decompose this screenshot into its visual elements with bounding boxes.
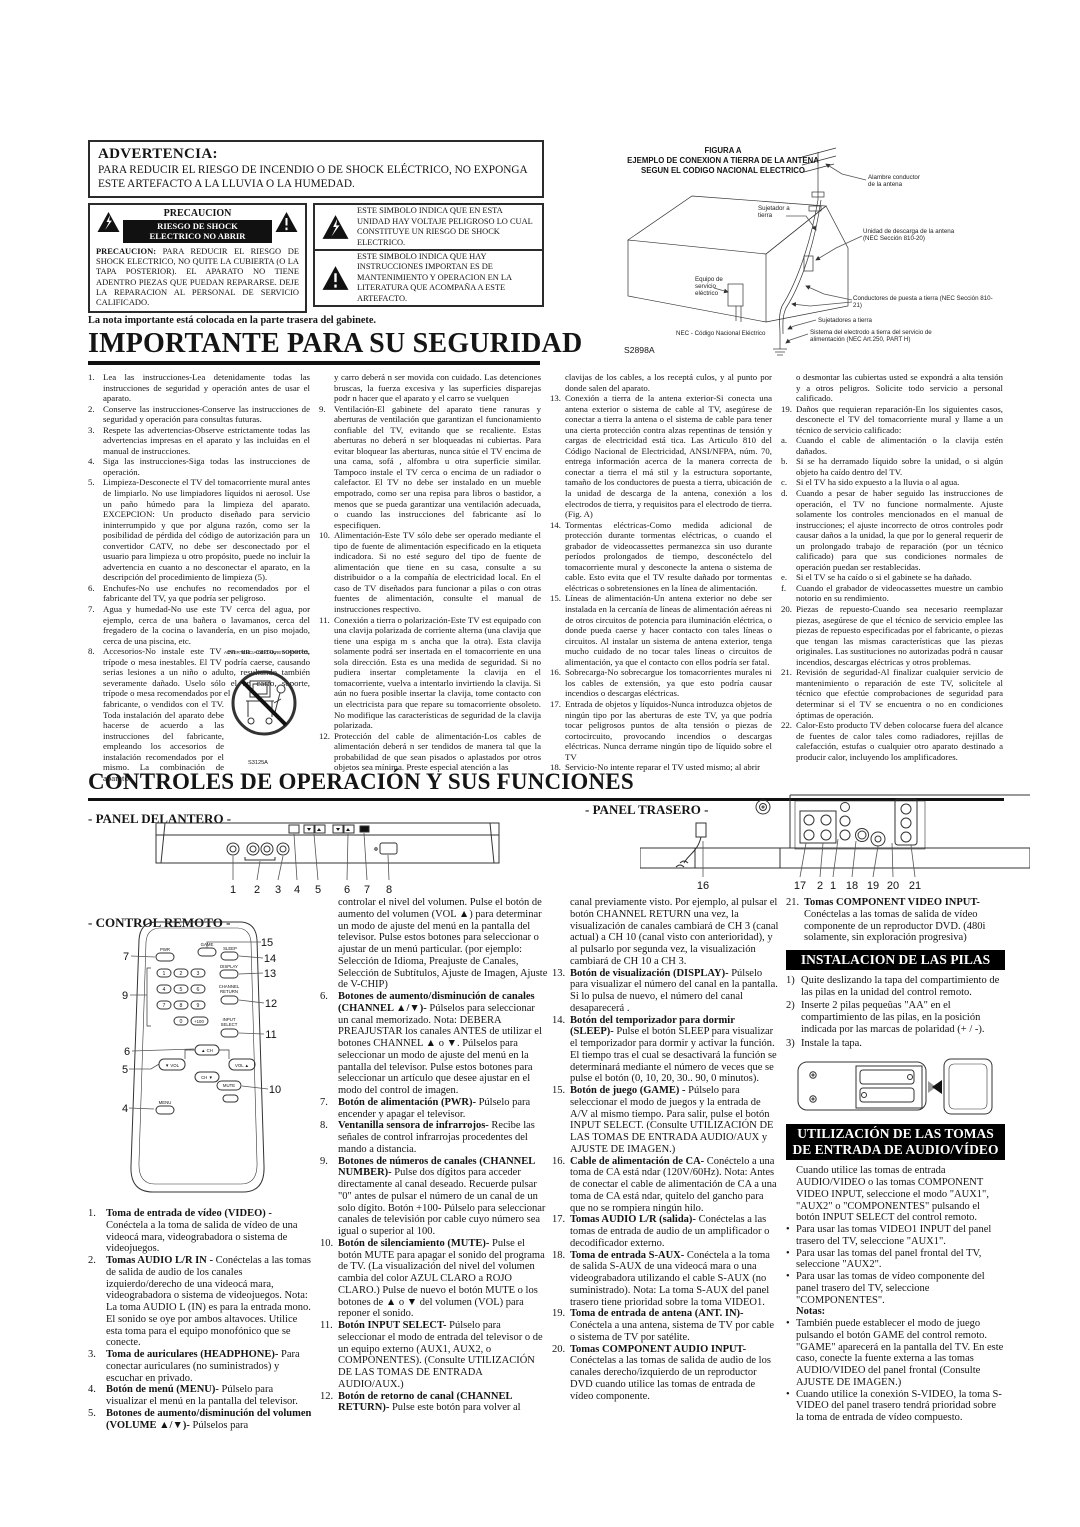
aux-paragraph: •También puede establecer el modo de jue…	[786, 1318, 1005, 1389]
exclamation-triangle-icon	[321, 265, 350, 291]
remote-callout-12: 12	[265, 998, 277, 1010]
control-item: 8.Ventanilla sensora de infrarrojos- Rec…	[320, 1120, 548, 1155]
control-item: 13.Botón de visualización (DISPLAY)- Púl…	[552, 968, 780, 1015]
front-panel-drawing	[156, 823, 499, 863]
control-item: 10.Botón de silenciamiento (MUTE)- Pulse…	[320, 1238, 548, 1320]
safety-item: 13.Conexión a tierra de la antena exteri…	[550, 393, 772, 520]
control-item: 5.Botones de aumento/disminución del vol…	[88, 1408, 314, 1432]
channel-return-label2: RETURN	[220, 989, 238, 994]
rear-callout-19: 19	[867, 880, 879, 892]
safety-item: 7.Agua y humedad-No use este TV cerca de…	[88, 604, 310, 646]
aux-usage-paragraphs: Cuando utilice las tomas de entrada AUDI…	[786, 1165, 1005, 1424]
safety-column-2: y carro deberá n ser movida con cuidado.…	[319, 372, 541, 783]
figure-title: FIGURA A EJEMPLO DE CONEXION A TIERRA DE…	[618, 146, 828, 176]
sleep-button-label: SLEEP	[223, 946, 237, 951]
aux-paragraph: Cuando utilice las tomas de entrada AUDI…	[786, 1165, 1005, 1224]
volume-down-button: ▼ VOL	[165, 1063, 180, 1068]
front-callout-4: 4	[294, 884, 300, 896]
symbol-note-instructions-text: ESTE SIMBOLO INDICA QUE HAY INSTRUCCIONE…	[357, 252, 536, 305]
label-electric-service: Equipo de servicio eléctrico	[695, 276, 737, 297]
front-callout-3: 3	[275, 884, 281, 896]
rear-callout-21: 21	[909, 880, 921, 892]
remote-callout-9: 9	[122, 990, 128, 1002]
rear-panel-diagram: 16 17 2 1 18 19 20 21	[640, 793, 1030, 893]
aux-header-line2: DE ENTRADA DE AUDIO/VÍDEO	[786, 1142, 1005, 1158]
manual-page: ADVERTENCIA: PARA REDUCIR EL RIESGO DE I…	[0, 0, 1080, 1527]
battery-steps: 1)Quite deslizando la tapa del compartim…	[786, 975, 1005, 1050]
safety-item: 9.Ventilación-El gabinete del aparato ti…	[319, 404, 541, 531]
aux-paragraph: •Para usar las tomas VIDEO1 INPUT del pa…	[786, 1224, 1005, 1248]
remote-control-diagram: PWR GAME SLEEP DISPLAY 1 2 3 4 5 6 7 8 9…	[95, 918, 310, 1206]
precaucion-body-label: PRECAUCION:	[96, 246, 156, 256]
control-item: 20.Tomas COMPONENT AUDIO INPUT- Conéctel…	[552, 1344, 780, 1403]
aux-paragraph: •Para usar las tomas del panel frontal d…	[786, 1248, 1005, 1272]
safety-item: f.Cuando el grabador de videocassettes m…	[781, 583, 1003, 604]
precaucion-badge-line1: RIESGO DE SHOCK	[125, 221, 270, 231]
aux-section-header: UTILIZACIÓN DE LAS TOMAS DE ENTRADA DE A…	[786, 1124, 1005, 1160]
precaucion-body: PRECAUCION: PARA REDUCIR EL RIESGO DE SH…	[96, 246, 299, 308]
rear-callout-1: 1	[830, 880, 836, 892]
label-electrode-system: Sistema del electrodo a tierra del servi…	[810, 329, 935, 343]
control-item: 21.Tomas COMPONENT VIDEO INPUT- Conéctel…	[786, 897, 1005, 944]
safety-item: 21.Revisión de seguridad-Al finalizar cu…	[781, 667, 1003, 720]
safety-item: b.Si se ha derramado líquido sobre la un…	[781, 456, 1003, 477]
control-item: 11.Botón INPUT SELECT- Púlselo para sele…	[320, 1320, 548, 1391]
safety-item: e.Si el TV se ha caído o si el gabinete …	[781, 572, 1003, 583]
label-ground-clamp: Sujetador a tierra	[758, 205, 798, 219]
rear-callout-16: 16	[697, 880, 709, 892]
figure-code: S2898A	[624, 345, 655, 355]
safety-item: 3.Respete las advertencias-Observe estri…	[88, 425, 310, 457]
control-item: 4.Botón de menú (MENU)- Púlselo para vis…	[88, 1384, 314, 1408]
remote-callout-4: 4	[122, 1103, 128, 1115]
cabinet-note: La nota importante está colocada en la p…	[88, 315, 376, 326]
remote-callout-15: 15	[261, 937, 273, 949]
safety-item: 22.Calor-Esto producto TV deben colocars…	[781, 720, 1003, 762]
precaucion-title: PRECAUCION	[123, 208, 272, 219]
control-item: controlar el nivel del volumen. Pulse el…	[320, 897, 548, 991]
safety-item: 10.Alimentación-Este TV sólo debe ser op…	[319, 530, 541, 614]
pwr-button-label: PWR	[160, 947, 170, 952]
rear-callout-2: 2	[817, 880, 823, 892]
control-item: canal previamente visto. Por ejemplo, al…	[552, 897, 780, 968]
front-callout-2: 2	[254, 884, 260, 896]
safety-item: 19.Daños que requieran reparación-En los…	[781, 404, 1003, 436]
label-ground-clamps: Sujetadores a tierra	[818, 317, 908, 324]
safety-item: 14.Tormentas eléctricas-Como medida adic…	[550, 520, 772, 594]
mute-button-label: MUTE	[223, 1083, 235, 1088]
front-panel-diagram: 1 2 3 4 5 6 7 8	[155, 820, 500, 898]
safety-item: 4.Siga las instrucciones-Siga todas las …	[88, 456, 310, 477]
safety-item: 20.Piezas de repuesto-Cuando sea necesar…	[781, 604, 1003, 667]
remote-body	[131, 922, 264, 1192]
safety-item: y carro deberá n ser movida con cuidado.…	[319, 372, 541, 404]
figure-title-line2: EJEMPLO DE CONEXION A TIERRA DE LA ANTEN…	[618, 156, 828, 166]
digit-6: 6	[197, 987, 200, 993]
plus100-button-label: +100	[194, 1019, 204, 1024]
front-callout-5: 5	[315, 884, 321, 896]
menu-button-label: MENU	[159, 1100, 172, 1105]
component-video-item: 21.Tomas COMPONENT VIDEO INPUT- Conéctel…	[786, 897, 1005, 944]
label-discharge-unit: Unidad de descarga de la antena (NEC Sec…	[863, 228, 959, 242]
controls-column-2: controlar el nivel del volumen. Pulse el…	[320, 897, 548, 1414]
digit-3: 3	[197, 971, 200, 977]
rear-panel-drawing	[640, 795, 1030, 868]
remote-callout-11: 11	[265, 1029, 276, 1041]
safety-item: c.Si el TV ha sido expuesto a la lluvia …	[781, 477, 1003, 488]
figure-title-line1: FIGURA A	[618, 146, 828, 156]
safety-item: 5.Limpieza-Desconecte el TV del tomacorr…	[88, 477, 310, 582]
safety-section-title: IMPORTANTE PARA SU SEGURIDAD	[88, 328, 540, 365]
control-item: 7.Botón de alimentación (PWR)- Púlselo p…	[320, 1097, 548, 1121]
safety-item: clavijas de los cables, a los receptá cu…	[550, 372, 772, 393]
battery-section-header: INSTALACION DE LAS PILAS	[786, 950, 1005, 970]
safety-item: 16.Sobrecarga-No sobrecargue los tomacor…	[550, 667, 772, 699]
cart-warning-icon	[224, 655, 304, 753]
safety-item: 12.Protección del cable de alimentación-…	[319, 731, 541, 773]
control-item: 3.Toma de auriculares (HEADPHONE)- Para …	[88, 1349, 314, 1384]
control-item: 15.Botón de juego (GAME) - Púlselo para …	[552, 1085, 780, 1156]
symbol-note-voltage: ESTE SIMBOLO INDICA QUE EN ESTA UNIDAD H…	[315, 205, 542, 249]
symbol-note-instructions: ESTE SIMBOLO INDICA QUE HAY INSTRUCCIONE…	[315, 249, 542, 305]
rear-callout-17: 17	[794, 880, 806, 892]
figura-a: FIGURA A EJEMPLO DE CONEXION A TIERRA DE…	[610, 136, 1014, 368]
lightning-triangle-icon	[321, 214, 350, 240]
rear-panel-leaders	[703, 839, 915, 877]
control-item: 19.Toma de entrada de antena (ANT. IN)- …	[552, 1308, 780, 1343]
shock-warning-icon	[96, 211, 121, 233]
game-button-label: GAME	[201, 942, 214, 947]
safety-item: o desmontar las cubiertas usted se expon…	[781, 372, 1003, 404]
cart-warning: ADVERTENCIA DE CARRETA PORTATIL S3125A	[224, 650, 304, 766]
front-callout-1: 1	[230, 884, 236, 896]
remote-callout-13: 13	[264, 968, 276, 980]
controls-column-3: canal previamente visto. Por ejemplo, al…	[552, 897, 780, 1402]
rear-callout-18: 18	[846, 880, 858, 892]
rear-callout-20: 20	[887, 880, 899, 892]
control-item: 6.Botones de aumento/disminución de cana…	[320, 991, 548, 1097]
volume-up-button: VOL ▲	[235, 1063, 249, 1068]
front-callout-6: 6	[344, 884, 350, 896]
advertencia-body: PARA REDUCIR EL RIESGO DE INCENDIO O DE …	[98, 164, 534, 192]
precaucion-badge-area: PRECAUCION RIESGO DE SHOCK ELECTRICO NO …	[123, 208, 272, 243]
digit-0: 0	[180, 1019, 183, 1025]
exclamation-warning-icon	[274, 211, 299, 233]
aux-paragraph: Notas:	[786, 1306, 1005, 1318]
safety-item: 1.Lea las instrucciones-Lea detenidament…	[88, 372, 310, 404]
safety-item: d.Cuando a pesar de haber seguido las in…	[781, 488, 1003, 572]
digit-5: 5	[180, 987, 183, 993]
digit-9: 9	[197, 1003, 200, 1009]
safety-item: 2.Conserve las instrucciones-Conserve la…	[88, 404, 310, 425]
controls-column-1: 1.Toma de entrada de vídeo (VIDEO) - Con…	[88, 1208, 314, 1431]
battery-step: 3)Instale la tapa.	[786, 1038, 1005, 1050]
battery-step: 2)Inserte 2 pilas pequeûas "AA" en el co…	[786, 1000, 1005, 1035]
precaucion-header: PRECAUCION RIESGO DE SHOCK ELECTRICO NO …	[96, 208, 299, 243]
safety-item: 6.Enchufes-No use enchufes no recomendad…	[88, 583, 310, 604]
symbol-note-voltage-text: ESTE SIMBOLO INDICA QUE EN ESTA UNIDAD H…	[357, 206, 536, 248]
label-nec: NEC - Código Nacional Eléctrico	[676, 330, 816, 337]
safety-item: 17.Entrada de objetos y líquidos-Nunca i…	[550, 699, 772, 762]
channel-up-button: ▲ CH	[201, 1048, 213, 1053]
precaucion-badge-line2: ELECTRICO NO ABRIR	[125, 231, 270, 241]
front-callout-7: 7	[364, 884, 370, 896]
aux-paragraph: •Cuando utilice la conexión S-VIDEO, la …	[786, 1389, 1005, 1424]
house-drawing	[628, 148, 848, 355]
control-item: 9.Botones de números de canales (CHANNEL…	[320, 1156, 548, 1238]
control-item: 16.Cable de alimentación de CA- Conéctel…	[552, 1156, 780, 1215]
safety-item: 15.Líneas de alimentación-Un antena exte…	[550, 593, 772, 667]
battery-step: 1)Quite deslizando la tapa del compartim…	[786, 975, 1005, 999]
safety-item: a.Cuando el cable de alimentación o la c…	[781, 435, 1003, 456]
aux-paragraph: •Para usar las tomas de vídeo componente…	[786, 1271, 1005, 1306]
cart-warning-code: S3125A	[248, 760, 268, 766]
control-item: 12.Botón de retorno de canal (CHANNEL RE…	[320, 1391, 548, 1415]
safety-item: 11.Conexión a tierra o polarización-Este…	[319, 615, 541, 731]
remote-callout-5: 5	[122, 1064, 128, 1076]
channel-down-button: CH ▼	[201, 1075, 213, 1080]
digit-1: 1	[163, 971, 166, 977]
label-antenna-wire: Alambre conductor de la antena	[868, 174, 924, 188]
label-ground-conductors: Conductores de puesta a tierra (NEC Secc…	[853, 295, 993, 309]
front-panel-leaders	[233, 833, 389, 880]
control-item: 1.Toma de entrada de vídeo (VIDEO) - Con…	[88, 1208, 314, 1255]
remote-callout-10: 10	[269, 1084, 281, 1096]
digit-2: 2	[180, 971, 183, 977]
control-item: 17.Tomas AUDIO L/R (salida)- Conéctelas …	[552, 1214, 780, 1249]
battery-installation-diagram	[796, 1056, 996, 1118]
digit-4: 4	[163, 987, 166, 993]
input-select-label2: SELECT	[221, 1022, 238, 1027]
precaucion-box: PRECAUCION RIESGO DE SHOCK ELECTRICO NO …	[88, 203, 307, 313]
advertencia-title: ADVERTENCIA:	[98, 146, 534, 163]
control-item: 2.Tomas AUDIO L/R IN - Conéctelas a las …	[88, 1255, 314, 1349]
precaucion-badge: RIESGO DE SHOCK ELECTRICO NO ABRIR	[123, 220, 272, 243]
figure-title-line3: SEGUN EL CODIGO NACIONAL ELECTRICO	[618, 166, 828, 176]
safety-column-3: clavijas de los cables, a los receptá cu…	[550, 372, 772, 783]
safety-column-4: o desmontar las cubiertas usted se expon…	[781, 372, 1003, 783]
remote-callout-6: 6	[124, 1046, 130, 1058]
remote-callout-14: 14	[264, 953, 276, 965]
display-button-label: DISPLAY	[220, 964, 238, 969]
symbol-notes-box: ESTE SIMBOLO INDICA QUE EN ESTA UNIDAD H…	[313, 203, 544, 307]
aux-header-line1: UTILIZACIÓN DE LAS TOMAS	[786, 1126, 1005, 1142]
controls-column-4: 21.Tomas COMPONENT VIDEO INPUT- Conéctel…	[786, 897, 1005, 1424]
control-item: 14.Botón del temporizador para dormir (S…	[552, 1015, 780, 1086]
control-item: 18.Toma de entrada S-AUX- Conéctela a la…	[552, 1250, 780, 1309]
front-callout-8: 8	[386, 884, 392, 896]
digit-7: 7	[163, 1003, 166, 1009]
digit-8: 8	[180, 1003, 183, 1009]
advertencia-box: ADVERTENCIA: PARA REDUCIR EL RIESGO DE I…	[88, 140, 544, 198]
remote-callout-7: 7	[123, 951, 129, 963]
